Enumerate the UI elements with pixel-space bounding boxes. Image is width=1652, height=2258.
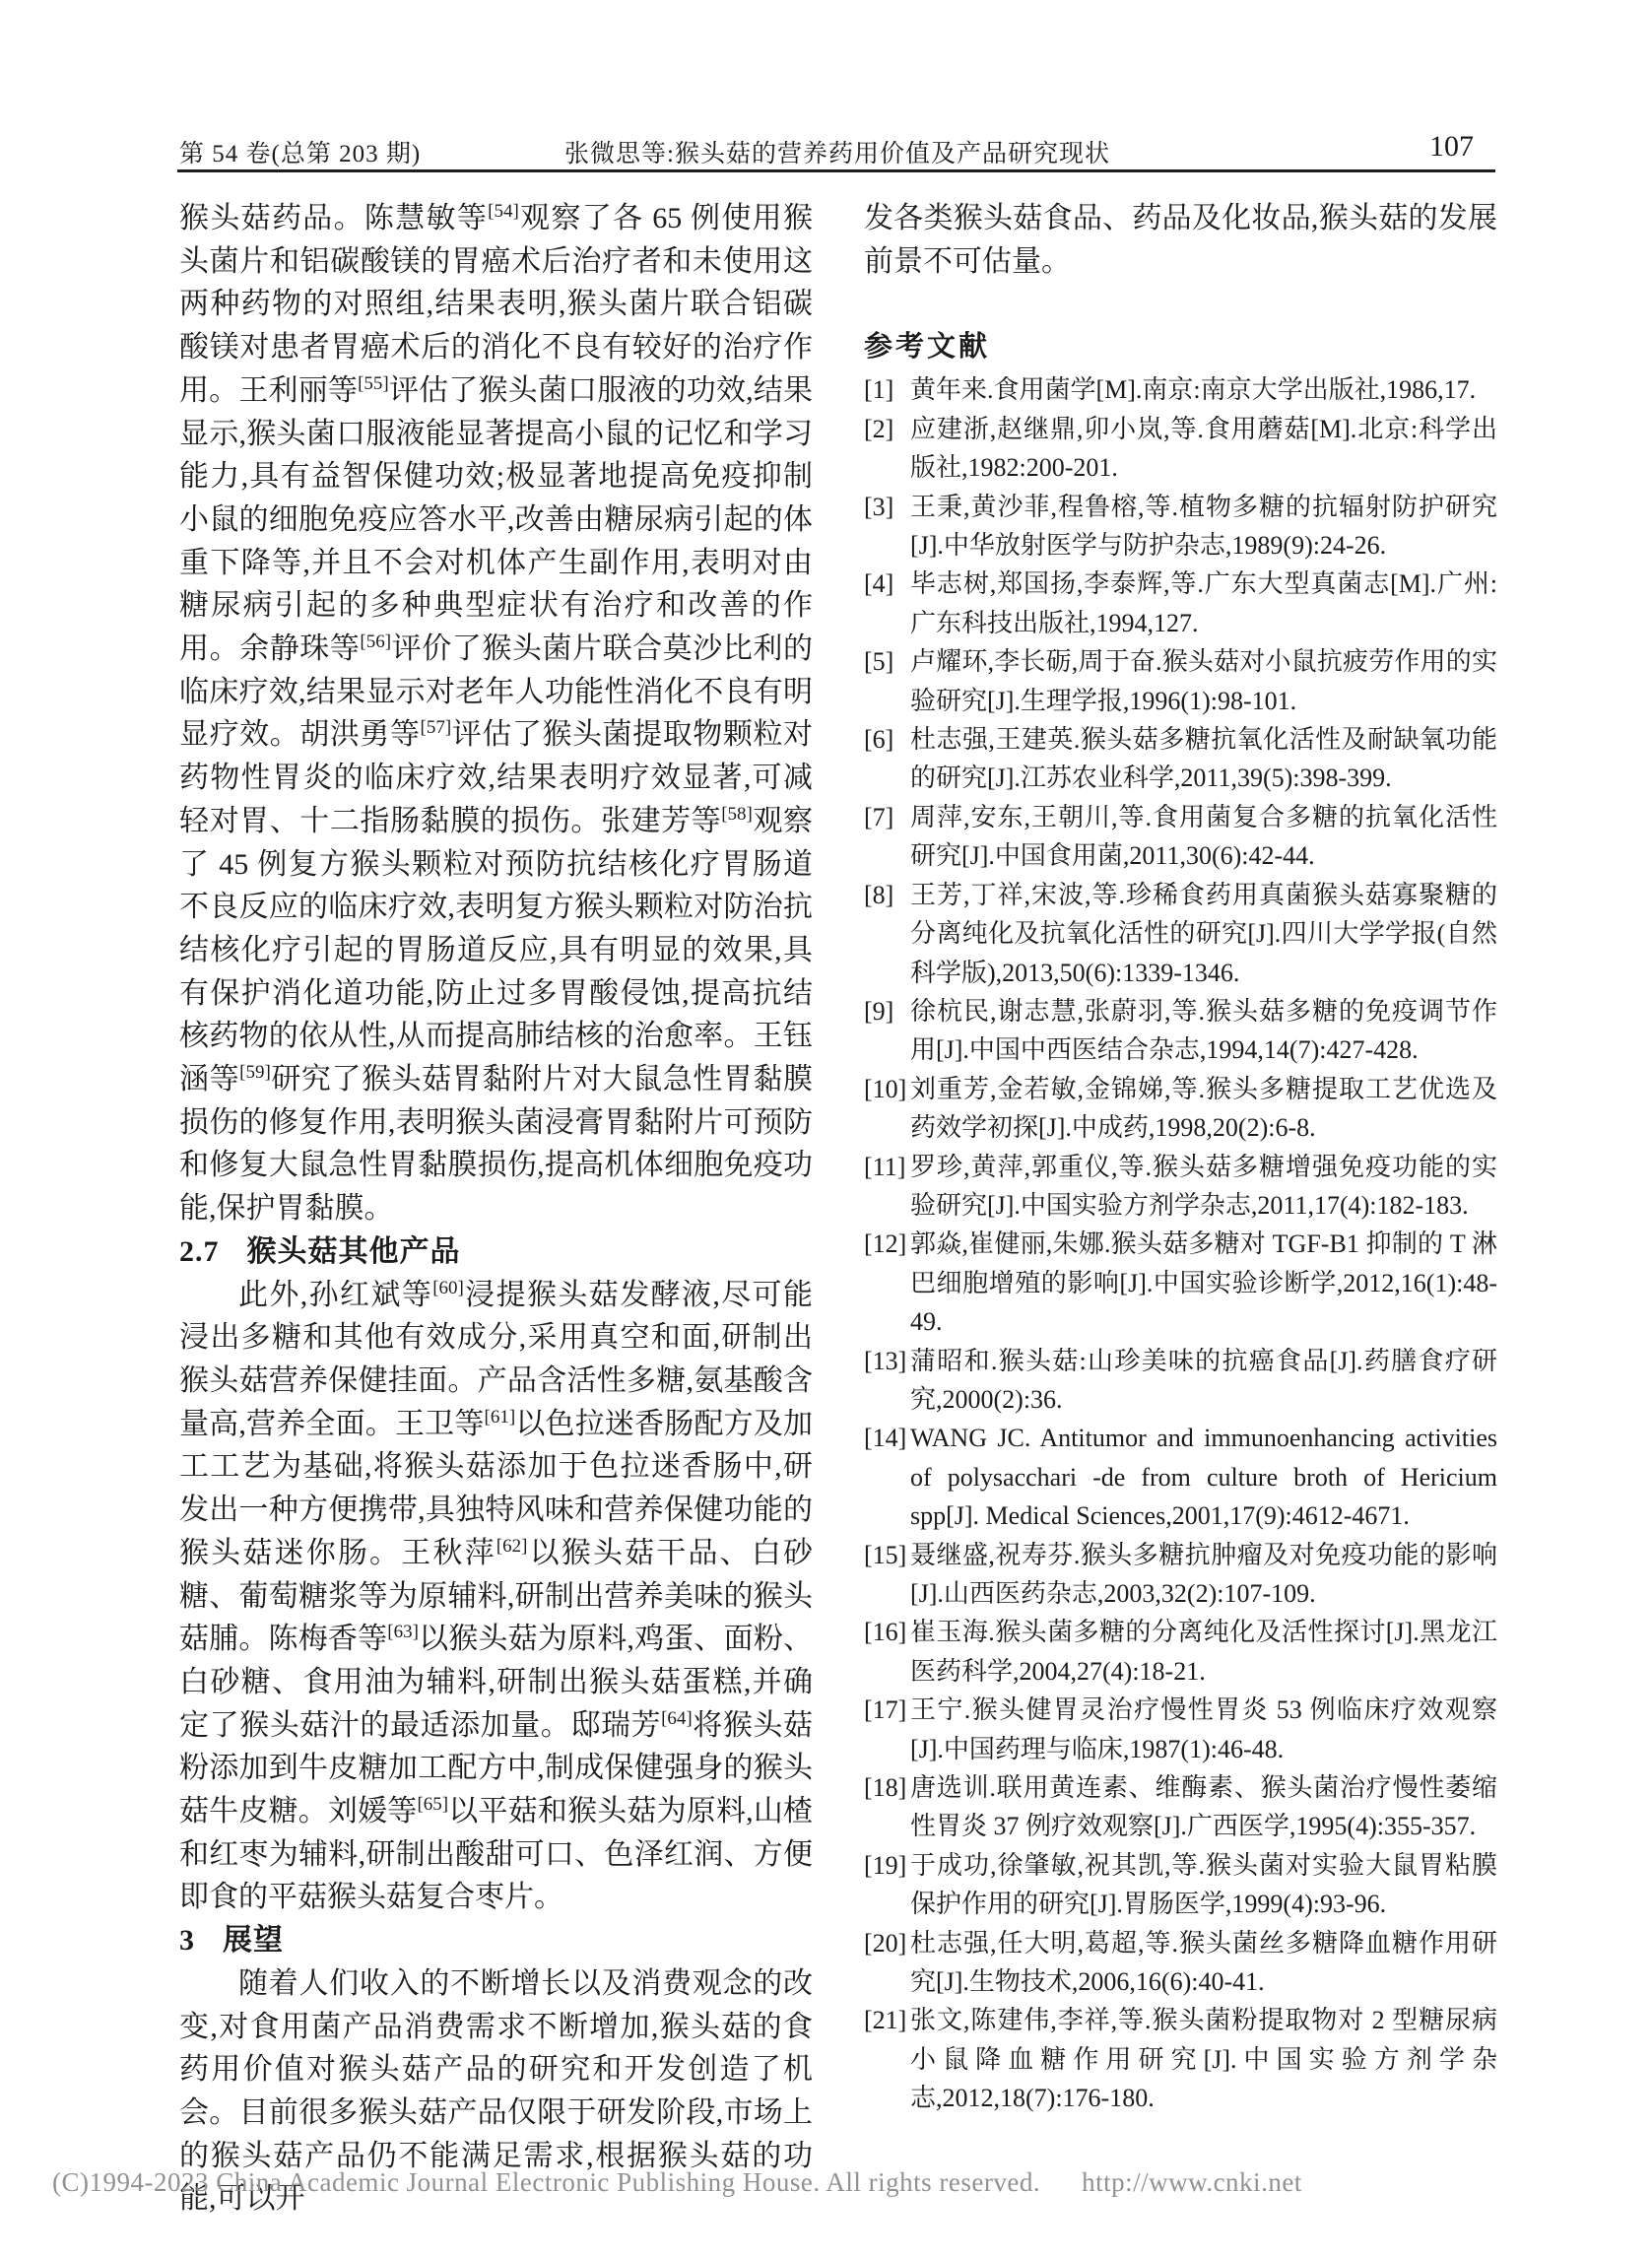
reference-text: 徐杭民,谢志慧,张蔚羽,等.猴头菇多糖的免疫调节作用[J].中国中西医结合杂志,… [910,997,1497,1064]
reference-text: 刘重芳,金若敏,金锦娣,等.猴头多糖提取工艺优选及药效学初探[J].中成药,19… [910,1075,1497,1142]
citation-superscript: [64] [661,1708,693,1729]
running-header: 第 54 卷(总第 203 期) 张微思等:猴头菇的营养药用价值及产品研究现状 … [179,130,1495,169]
reference-number: [13] [864,1342,906,1380]
reference-number: [15] [864,1536,906,1574]
reference-text: WANG JC. Antitumor and immunoenhancing a… [910,1424,1497,1530]
reference-item: [13]蒲昭和.猴头菇:山珍美味的抗癌食品[J].药膳食疗研究,2000(2):… [864,1342,1497,1420]
citation-superscript: [57] [421,717,452,738]
reference-number: [21] [864,2001,906,2039]
reference-item: [1]黄年来.食用菌学[M].南京:南京大学出版社,1986,17. [864,370,1497,409]
reference-item: [21]张文,陈建伟,李祥,等.猴头菌粉提取物对 2 型糖尿病小鼠降血糖作用研究… [864,2001,1497,2117]
section-heading-2-7: 2.7猴头菇其他产品 [179,1230,813,1274]
references-heading: 参考文献 [864,326,1497,368]
reference-text: 应建浙,赵继鼎,卯小岚,等.食用蘑菇[M].北京:科学出版社,1982:200-… [910,415,1497,482]
citation-superscript: [63] [387,1622,419,1642]
citation-superscript: [58] [721,804,753,825]
copyright-text: (C)1994-2023 China Academic Journal Elec… [52,2167,1040,2197]
reference-number: [2] [864,410,893,448]
reference-item: [19]于成功,徐肇敏,祝其凯,等.猴头菌对实验大鼠胃粘膜保护作用的研究[J].… [864,1846,1497,1924]
paragraph-continued-from-previous-page: 猴头菇药品。陈慧敏等[54]观察了各 65 例使用猴头菌片和铝碳酸镁的胃癌术后治… [179,197,813,1230]
reference-item: [17]王宁.猴头健胃灵治疗慢性胃炎 53 例临床疗效观察[J].中国药理与临床… [864,1691,1497,1768]
right-column: 发各类猴头菇食品、药品及化妆品,猴头菇的发展前景不可估量。 参考文献 [1]黄年… [864,197,1497,2118]
reference-item: [5]卢耀环,李长砺,周于奋.猴头菇对小鼠抗疲劳作用的实验研究[J].生理学报,… [864,642,1497,720]
reference-item: [9]徐杭民,谢志慧,张蔚羽,等.猴头菇多糖的免疫调节作用[J].中国中西医结合… [864,992,1497,1070]
reference-item: [2]应建浙,赵继鼎,卯小岚,等.食用蘑菇[M].北京:科学出版社,1982:2… [864,410,1497,488]
reference-number: [19] [864,1846,906,1885]
reference-number: [16] [864,1613,906,1651]
reference-item: [8]王芳,丁祥,宋波,等.珍稀食药用真菌猴头菇寡聚糖的分离纯化及抗氧化活性的研… [864,876,1497,992]
reference-item: [3]王秉,黄沙菲,程鲁榕,等.植物多糖的抗辐射防护研究[J].中华放射医学与防… [864,488,1497,565]
section-title: 展望 [223,1924,284,1957]
citation-superscript: [56] [360,631,391,652]
cnki-copyright-footer: (C)1994-2023 China Academic Journal Elec… [52,2167,1530,2198]
reference-item: [7]周萍,安东,王朝川,等.食用菌复合多糖的抗氧化活性研究[J].中国食用菌,… [864,798,1497,876]
reference-item: [11]罗珍,黄萍,郭重仪,等.猴头菇多糖增强免疫功能的实验研究[J].中国实验… [864,1148,1497,1226]
reference-text: 郭焱,崔健丽,朱娜.猴头菇多糖对 TGF-B1 抑制的 T 淋巴细胞增殖的影响[… [910,1229,1497,1336]
header-rule [177,169,1495,172]
body-text: 猴头菇药品。陈慧敏等 [179,202,488,234]
reference-text: 王芳,丁祥,宋波,等.珍稀食药用真菌猴头菇寡聚糖的分离纯化及抗氧化活性的研究[J… [910,881,1497,987]
page-number: 107 [1429,130,1474,164]
reference-number: [17] [864,1691,906,1729]
reference-number: [7] [864,798,893,836]
reference-text: 黄年来.食用菌学[M].南京:南京大学出版社,1986,17. [910,375,1476,404]
left-column: 猴头菇药品。陈慧敏等[54]观察了各 65 例使用猴头菌片和铝碳酸镁的胃癌术后治… [179,197,813,2221]
journal-page: { "header": { "volume_info": "第 54 卷(总第 … [0,0,1652,2258]
reference-number: [3] [864,488,893,526]
paragraph-other-products: 此外,孙红斌等[60]浸提猴头菇发酵液,尽可能浸出多糖和其他有效成分,采用真空和… [179,1274,813,1920]
section-number: 3 [179,1924,195,1957]
reference-number: [10] [864,1070,906,1108]
reference-text: 杜志强,任大明,葛超,等.猴头菌丝多糖降血糖作用研究[J].生物技术,2006,… [910,1929,1497,1996]
reference-text: 杜志强,王建英.猴头菇多糖抗氧化活性及耐缺氧功能的研究[J].江苏农业科学,20… [910,725,1497,792]
citation-superscript: [54] [488,201,519,222]
section-number: 2.7 [179,1235,220,1268]
reference-text: 崔玉海.猴头菌多糖的分离纯化及活性探讨[J].黑龙江医药科学,2004,27(4… [910,1618,1497,1685]
reference-item: [18]唐选训.联用黄连素、维酶素、猴头菌治疗慢性萎缩性胃炎 37 例疗效观察[… [864,1768,1497,1846]
reference-number: [14] [864,1419,906,1457]
reference-number: [4] [864,564,893,603]
running-title: 张微思等:猴头菇的营养药用价值及产品研究现状 [179,134,1495,169]
reference-text: 毕志树,郑国扬,李泰辉,等.广东大型真菌志[M].广州:广东科技出版社,1994… [910,569,1497,636]
citation-superscript: [60] [432,1278,464,1298]
reference-text: 周萍,安东,王朝川,等.食用菌复合多糖的抗氧化活性研究[J].中国食用菌,201… [910,803,1497,870]
citation-superscript: [65] [417,1794,448,1815]
reference-text: 聂继盛,祝寿芬.猴头多糖抗肿瘤及对免疫功能的影响[J].山西医药杂志,2003,… [910,1541,1497,1608]
reference-text: 王宁.猴头健胃灵治疗慢性胃炎 53 例临床疗效观察[J].中国药理与临床,198… [910,1695,1497,1762]
reference-number: [20] [864,1924,906,1962]
section-title: 猴头菇其他产品 [247,1235,461,1268]
body-text: 观察了 45 例复方猴头颗粒对预防抗结核化疗胃肠道不良反应的临床疗效,表明复方猴… [179,805,813,1096]
reference-text: 蒲昭和.猴头菇:山珍美味的抗癌食品[J].药膳食疗研究,2000(2):36. [910,1347,1497,1414]
reference-text: 张文,陈建伟,李祥,等.猴头菌粉提取物对 2 型糖尿病小鼠降血糖作用研究[J].… [910,2006,1497,2112]
section-heading-3: 3展望 [179,1919,813,1962]
cnki-url: http://www.cnki.net [1082,2167,1302,2197]
reference-item: [4]毕志树,郑国扬,李泰辉,等.广东大型真菌志[M].广州:广东科技出版社,1… [864,564,1497,642]
reference-text: 于成功,徐肇敏,祝其凯,等.猴头菌对实验大鼠胃粘膜保护作用的研究[J].胃肠医学… [910,1851,1497,1918]
reference-number: [5] [864,642,893,681]
body-text: 发各类猴头菇食品、药品及化妆品,猴头菇的发展前景不可估量。 [864,202,1497,278]
reference-item: [20]杜志强,任大明,葛超,等.猴头菌丝多糖降血糖作用研究[J].生物技术,2… [864,1924,1497,2002]
reference-number: [1] [864,370,893,409]
citation-superscript: [55] [358,373,389,394]
citation-superscript: [61] [485,1407,516,1428]
reference-item: [10]刘重芳,金若敏,金锦娣,等.猴头多糖提取工艺优选及药效学初探[J].中成… [864,1070,1497,1148]
citation-superscript: [62] [496,1536,528,1557]
body-text: 此外,孙红斌等 [238,1279,432,1311]
reference-number: [9] [864,992,893,1030]
reference-text: 王秉,黄沙菲,程鲁榕,等.植物多糖的抗辐射防护研究[J].中华放射医学与防护杂志… [910,493,1497,560]
citation-superscript: [59] [239,1062,271,1083]
reference-text: 卢耀环,李长砺,周于奋.猴头菇对小鼠抗疲劳作用的实验研究[J].生理学报,199… [910,647,1497,714]
reference-number: [11] [864,1148,905,1186]
paragraph-outlook-continued: 发各类猴头菇食品、药品及化妆品,猴头菇的发展前景不可估量。 [864,197,1497,283]
reference-text: 唐选训.联用黄连素、维酶素、猴头菌治疗慢性萎缩性胃炎 37 例疗效观察[J].广… [910,1773,1497,1840]
reference-item: [6]杜志强,王建英.猴头菇多糖抗氧化活性及耐缺氧功能的研究[J].江苏农业科学… [864,720,1497,798]
reference-text: 罗珍,黄萍,郭重仪,等.猴头菇多糖增强免疫功能的实验研究[J].中国实验方剂学杂… [910,1153,1497,1220]
reference-list: [1]黄年来.食用菌学[M].南京:南京大学出版社,1986,17.[2]应建浙… [864,370,1497,2117]
reference-number: [18] [864,1768,906,1807]
reference-item: [12]郭焱,崔健丽,朱娜.猴头菇多糖对 TGF-B1 抑制的 T 淋巴细胞增殖… [864,1225,1497,1341]
reference-number: [12] [864,1225,906,1263]
reference-item: [14]WANG JC. Antitumor and immunoenhanci… [864,1419,1497,1535]
body-text: 评估了猴头菌口服液的功效,结果显示,猴头菌口服液能显著提高小鼠的记忆和学习能力,… [179,374,813,665]
reference-item: [15]聂继盛,祝寿芬.猴头多糖抗肿瘤及对免疫功能的影响[J].山西医药杂志,2… [864,1536,1497,1614]
reference-item: [16]崔玉海.猴头菌多糖的分离纯化及活性探讨[J].黑龙江医药科学,2004,… [864,1613,1497,1691]
reference-number: [8] [864,876,893,914]
reference-number: [6] [864,720,893,759]
body-text: 研究了猴头菇胃黏附片对大鼠急性胃黏膜损伤的修复作用,表明猴头菌浸膏胃黏附片可预防… [179,1063,813,1225]
